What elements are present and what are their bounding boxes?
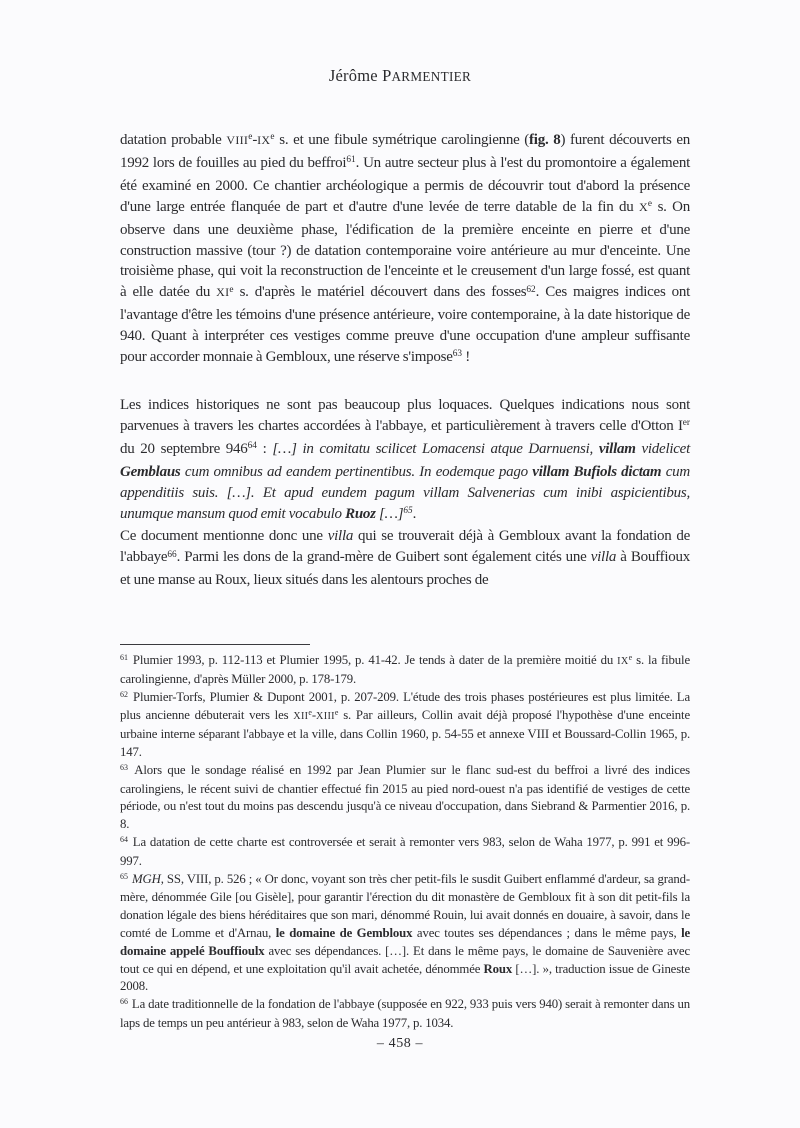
text-segment: 62: [526, 285, 535, 295]
footnote-section: 61 Plumier 1993, p. 112-113 et Plumier 1…: [120, 644, 690, 1033]
text-segment: e: [629, 653, 633, 662]
body-paragraph: Ce document mentionne donc une villa qui…: [120, 526, 690, 591]
footnote-number: 61: [120, 653, 131, 662]
text-segment: La date traditionnelle de la fondation d…: [120, 997, 690, 1030]
text-segment: avec toutes ses dépendances ; dans le mê…: [412, 926, 681, 940]
text-segment: 65: [403, 506, 412, 516]
text-segment: XIII: [316, 711, 335, 722]
text-segment: La datation de cette charte est controve…: [120, 835, 690, 868]
footnote-separator: [120, 644, 310, 645]
text-segment: s. et une fibule symétrique carolingienn…: [275, 132, 530, 148]
text-segment: XII: [293, 711, 308, 722]
text-segment: videlicet: [636, 441, 690, 457]
text-segment: e: [335, 708, 339, 717]
text-segment: s. d'après le matériel découvert dans de…: [234, 284, 527, 300]
text-segment: VIII: [226, 133, 248, 147]
text-segment: IX: [617, 656, 628, 667]
footnote-list: 61 Plumier 1993, p. 112-113 et Plumier 1…: [120, 652, 690, 1033]
page-number: – 458 –: [0, 1036, 800, 1052]
text-segment: Les indices historiques ne sont pas beau…: [120, 397, 690, 434]
text-segment: MGH: [132, 872, 161, 886]
text-segment: ARMENTIER: [391, 69, 471, 84]
text-segment: Gemblaus: [120, 464, 181, 480]
text-segment: Alors que le sondage réalisé en 1992 par…: [120, 763, 690, 831]
text-segment: er: [683, 418, 690, 428]
text-segment: XI: [216, 285, 229, 299]
text-segment: du 20 septembre 946: [120, 441, 248, 457]
text-segment: 61: [346, 155, 355, 165]
text-segment: !: [462, 349, 470, 365]
page-header-author: Jérôme PARMENTIER: [0, 66, 800, 86]
text-segment: .: [413, 506, 417, 522]
text-segment: :: [257, 441, 273, 457]
text-segment: villam: [599, 441, 636, 457]
text-segment: e: [648, 199, 652, 209]
text-segment: Roux: [484, 962, 513, 976]
text-segment: e: [248, 132, 252, 142]
footnote-number: 66: [120, 997, 130, 1006]
text-segment: X: [639, 200, 648, 214]
text-segment: Ce document mentionne donc une: [120, 528, 328, 544]
text-segment: […] in comitatu scilicet Lomacensi atque…: [272, 441, 598, 457]
text-segment: villa: [591, 549, 616, 565]
footnote: 63 Alors que le sondage réalisé en 1992 …: [120, 762, 690, 834]
text-segment: IX: [257, 133, 270, 147]
scanned-paper-page: Jérôme PARMENTIER datation probable VIII…: [0, 0, 800, 1128]
footnote-number: 63: [120, 763, 132, 772]
footnote-number: 65: [120, 872, 130, 881]
footnote: 65 MGH, SS, VIII, p. 526 ; « Or donc, vo…: [120, 871, 690, 997]
text-segment: datation probable: [120, 132, 226, 148]
text-segment: cum omnibus ad eandem pertinentibus. In …: [181, 464, 533, 480]
text-segment: villam Bufiols dictam: [532, 464, 661, 480]
footnote: 61 Plumier 1993, p. 112-113 et Plumier 1…: [120, 652, 690, 689]
text-segment: 66: [167, 550, 176, 560]
footnote-number: 64: [120, 835, 131, 844]
footnote-number: 62: [120, 690, 131, 699]
text-segment: le domaine de Gembloux: [276, 926, 413, 940]
text-segment: . Parmi les dons de la grand-mère de Gui…: [177, 549, 591, 565]
footnote: 64 La datation de cette charte est contr…: [120, 834, 690, 871]
footnote: 62 Plumier-Torfs, Plumier & Dupont 2001,…: [120, 689, 690, 762]
text-segment: villa: [328, 528, 353, 544]
text-segment: 64: [248, 441, 257, 451]
text-segment: 63: [453, 349, 462, 359]
text-segment: fig. 8: [529, 132, 560, 148]
text-segment: e: [308, 708, 312, 717]
text-segment: […]: [376, 506, 404, 522]
body-paragraph: datation probable VIIIe-IXe s. et une fi…: [120, 130, 690, 370]
footnote: 66 La date traditionnelle de la fondatio…: [120, 996, 690, 1033]
text-segment: e: [229, 285, 233, 295]
body-paragraph: Les indices historiques ne sont pas beau…: [120, 395, 690, 526]
text-segment: Ruoz: [345, 506, 376, 522]
text-segment: Plumier 1993, p. 112-113 et Plumier 1995…: [133, 653, 617, 667]
text-segment: e: [270, 132, 274, 142]
body-text: datation probable VIIIe-IXe s. et une fi…: [120, 130, 690, 591]
text-segment: Jérôme P: [329, 66, 392, 85]
